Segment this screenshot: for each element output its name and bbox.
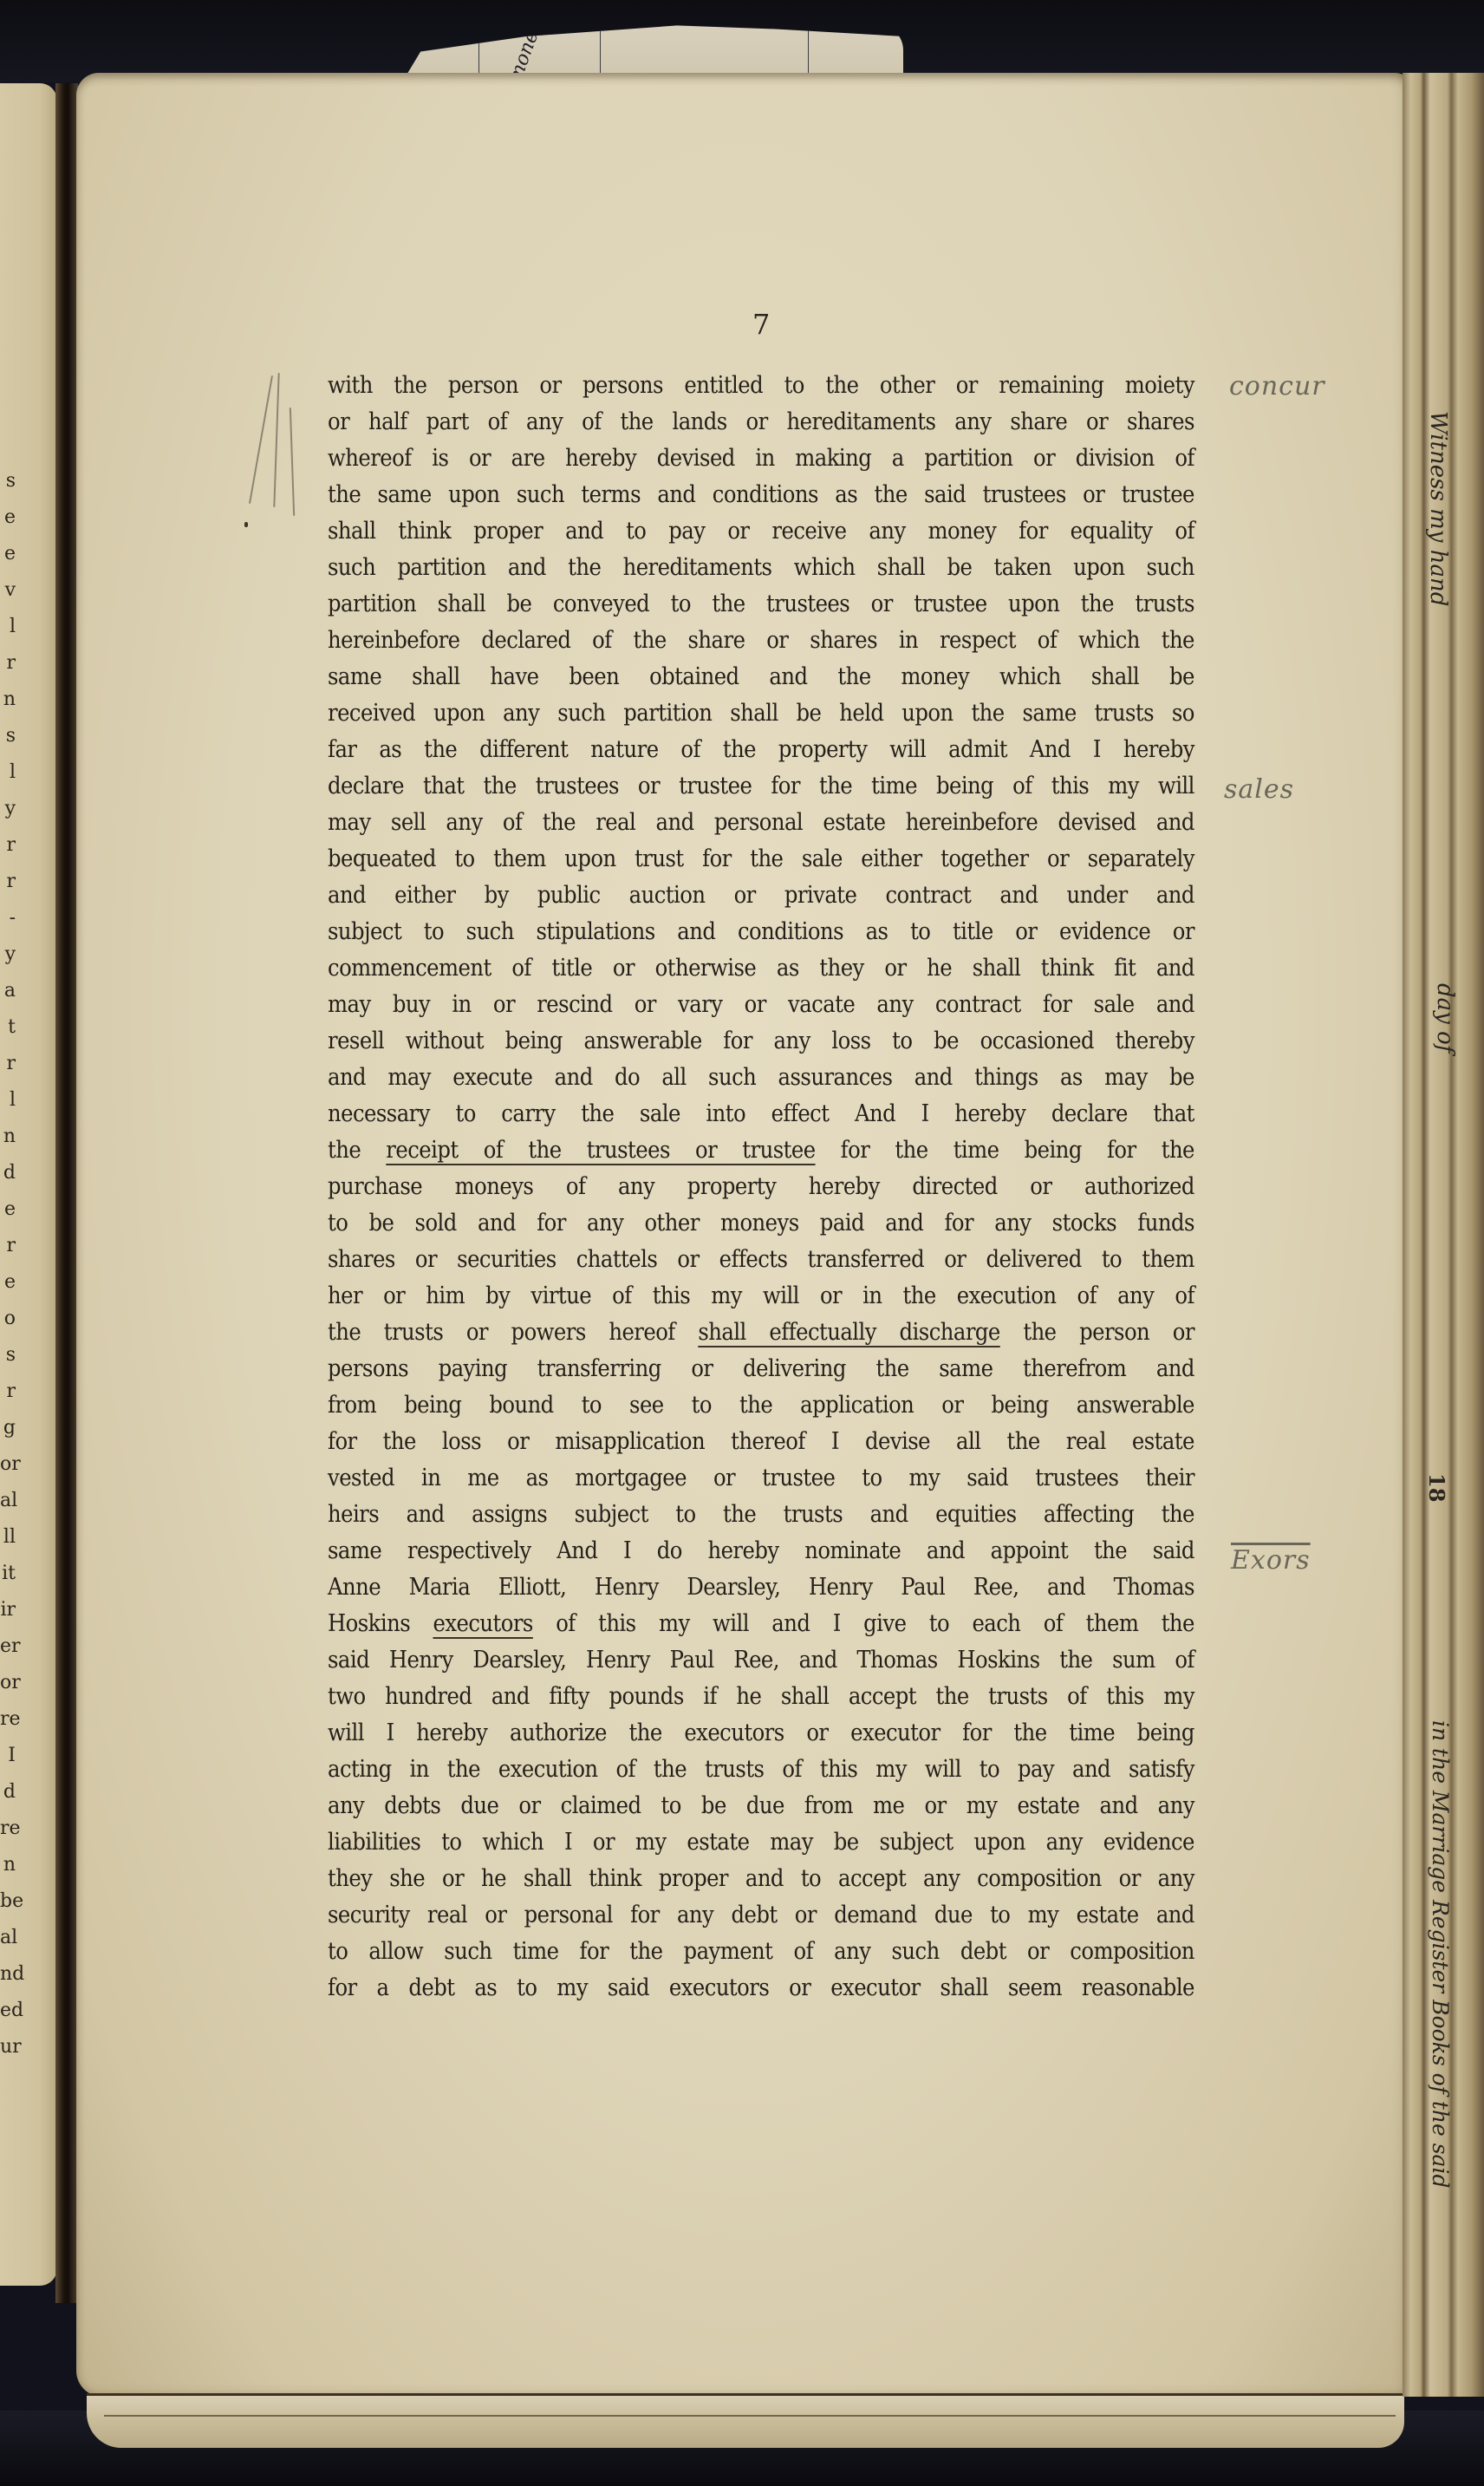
- left-page-letter: r: [0, 645, 16, 682]
- left-page-letter: v: [0, 572, 16, 609]
- text-line: for the loss or misapplication thereof I…: [328, 1424, 1194, 1460]
- text-line: the same upon such terms and conditions …: [328, 477, 1194, 513]
- edge-tab-number: 18: [1424, 1473, 1449, 1502]
- text-line: same respectively And I do hereby nomina…: [328, 1533, 1194, 1569]
- text-line: far as the different nature of the prope…: [328, 732, 1194, 768]
- margin-note-exors: Exors: [1231, 1545, 1311, 1576]
- text-line: her or him by virtue of this my will or …: [328, 1278, 1194, 1315]
- left-page-letter: o: [0, 1301, 16, 1337]
- left-page-letter: or: [0, 1665, 16, 1701]
- left-page-letter: y: [0, 791, 16, 827]
- text-line: security real or personal for any debt o…: [328, 1897, 1194, 1934]
- text-line: subject to such stipulations and conditi…: [328, 914, 1194, 950]
- text-line: persons paying transferring or deliverin…: [328, 1351, 1194, 1387]
- left-page-letter: n: [0, 1119, 16, 1155]
- text-line: whereof is or are hereby devised in maki…: [328, 440, 1194, 477]
- left-page-letter: r: [0, 1046, 16, 1082]
- text-line: shall think proper and to pay or receive…: [328, 513, 1194, 550]
- left-page-letter: d: [0, 1155, 16, 1191]
- left-page-letter: r: [0, 864, 16, 900]
- left-page-letter: e: [0, 1264, 16, 1301]
- left-page-letter: e: [0, 536, 16, 572]
- page-number: 7: [752, 308, 770, 341]
- text-line: they she or he shall think proper and to…: [328, 1861, 1194, 1897]
- text-line: liabilities to which I or my estate may …: [328, 1824, 1194, 1861]
- left-page-cut-text: seevlrnslyrr-yatrlndereosrgoralllitirero…: [0, 463, 16, 2065]
- text-line: and either by public auction or private …: [328, 878, 1194, 914]
- text-line: to allow such time for the payment of an…: [328, 1934, 1194, 1970]
- text-line: and may execute and do all such assuranc…: [328, 1060, 1194, 1096]
- underlined-phrase: shall effectually discharge: [698, 1319, 999, 1346]
- text-line: will I hereby authorize the executors or…: [328, 1715, 1194, 1752]
- left-page-letter: l: [0, 609, 16, 645]
- text-line: from being bound to see to the applicati…: [328, 1387, 1194, 1424]
- text-line: same shall have been obtained and the mo…: [328, 659, 1194, 695]
- text-line: Hoskins executors of this my will and I …: [328, 1606, 1194, 1642]
- text-line: commencement of title or otherwise as th…: [328, 950, 1194, 987]
- left-page-letter: a: [0, 973, 16, 1009]
- left-page-letter: ed: [0, 1993, 16, 2029]
- left-page-letter: it: [0, 1556, 16, 1592]
- text-line: resell without being answerable for any …: [328, 1023, 1194, 1060]
- left-page-letter: s: [0, 1337, 16, 1373]
- page-bottom-edges: [87, 2393, 1404, 2448]
- left-page-letter: or: [0, 1446, 16, 1483]
- left-page-letter: r: [0, 1228, 16, 1264]
- text-line: for a debt as to my said executors or ex…: [328, 1970, 1194, 2006]
- text-line: may sell any of the real and personal es…: [328, 805, 1194, 841]
- left-page-letter: -: [0, 900, 16, 936]
- text-line: declare that the trustees or trustee for…: [328, 768, 1194, 805]
- left-page-letter: al: [0, 1920, 16, 1956]
- left-page-letter: l: [0, 754, 16, 791]
- text-line: vested in me as mortgagee or trustee to …: [328, 1460, 1194, 1497]
- underlined-phrase: executors: [433, 1610, 532, 1637]
- text-line: shares or securities chattels or effects…: [328, 1242, 1194, 1278]
- text-line: necessary to carry the sale into effect …: [328, 1096, 1194, 1132]
- edge-tab-text: in the Marriage Register Books of the sa…: [1428, 1720, 1453, 2188]
- left-page-letter: ir: [0, 1592, 16, 1628]
- text-line: the trusts or powers hereof shall effect…: [328, 1315, 1194, 1351]
- left-page-letter: re: [0, 1701, 16, 1738]
- margin-note-sales: sales: [1224, 774, 1294, 805]
- text-line: said Henry Dearsley, Henry Paul Ree, and…: [328, 1642, 1194, 1679]
- will-text-body: with the person or persons entitled to t…: [328, 368, 1194, 2006]
- left-page-letter: ur: [0, 2029, 16, 2065]
- left-page-letter: d: [0, 1774, 16, 1811]
- text-line: purchase moneys of any property hereby d…: [328, 1169, 1194, 1205]
- text-line: partition shall be conveyed to the trust…: [328, 586, 1194, 623]
- edge-tab-text: day of: [1432, 983, 1458, 1053]
- text-line: may buy in or rescind or vary or vacate …: [328, 987, 1194, 1023]
- text-line: with the person or persons entitled to t…: [328, 368, 1194, 404]
- margin-note-concur: concur: [1229, 371, 1325, 401]
- left-page-letter: t: [0, 1009, 16, 1046]
- left-page-letter: n: [0, 682, 16, 718]
- left-page-letter: e: [0, 1191, 16, 1228]
- text-line: hereinbefore declared of the share or sh…: [328, 623, 1194, 659]
- underlined-phrase: receipt of the trustees or trustee: [386, 1137, 815, 1164]
- left-page-letter: s: [0, 718, 16, 754]
- text-line: Anne Maria Elliott, Henry Dearsley, Henr…: [328, 1569, 1194, 1606]
- text-line: heirs and assigns subject to the trusts …: [328, 1497, 1194, 1533]
- left-page-letter: I: [0, 1738, 16, 1774]
- left-page-letter: al: [0, 1483, 16, 1519]
- text-line: acting in the execution of the trusts of…: [328, 1752, 1194, 1788]
- left-page-letter: re: [0, 1811, 16, 1847]
- left-page-letter: y: [0, 936, 16, 973]
- left-page-letter: s: [0, 463, 16, 499]
- text-line: bequeated to them upon trust for the sal…: [328, 841, 1194, 878]
- text-line: or half part of any of the lands or here…: [328, 404, 1194, 440]
- left-page-letter: be: [0, 1883, 16, 1920]
- left-page-letter: ll: [0, 1519, 16, 1556]
- text-line: to be sold and for any other moneys paid…: [328, 1205, 1194, 1242]
- page-edge-stack: Witness my hand day of 18 in the Marriag…: [1403, 73, 1484, 2397]
- text-line: such partition and the hereditaments whi…: [328, 550, 1194, 586]
- left-page-letter: r: [0, 827, 16, 864]
- left-page-letter: nd: [0, 1956, 16, 1993]
- ink-dot: [244, 522, 248, 527]
- edge-tab-text: Witness my hand: [1425, 411, 1451, 606]
- left-page-letter: l: [0, 1082, 16, 1119]
- text-line: two hundred and fifty pounds if he shall…: [328, 1679, 1194, 1715]
- left-page-fragment: seevlrnslyrr-yatrlndereosrgoralllitirero…: [0, 83, 57, 2286]
- book-gutter: [55, 83, 78, 2303]
- text-line: received upon any such partition shall b…: [328, 695, 1194, 732]
- left-page-letter: er: [0, 1628, 16, 1665]
- left-page-letter: n: [0, 1847, 16, 1883]
- left-page-letter: g: [0, 1410, 16, 1446]
- left-page-letter: r: [0, 1373, 16, 1410]
- left-page-letter: e: [0, 499, 16, 536]
- text-line: any debts due or claimed to be due from …: [328, 1788, 1194, 1824]
- text-line: the receipt of the trustees or trustee f…: [328, 1132, 1194, 1169]
